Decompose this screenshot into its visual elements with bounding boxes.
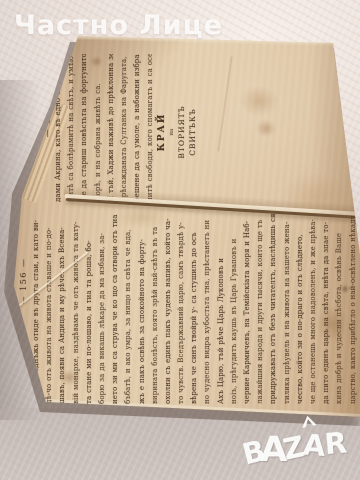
watermark-text: Частно Лице [14,10,223,41]
logo-letter: R [323,426,347,462]
book-listing-photo: — 157 — дами Акрина, като въ едно отъ на… [0,0,360,480]
logo-letter: A [302,428,326,463]
